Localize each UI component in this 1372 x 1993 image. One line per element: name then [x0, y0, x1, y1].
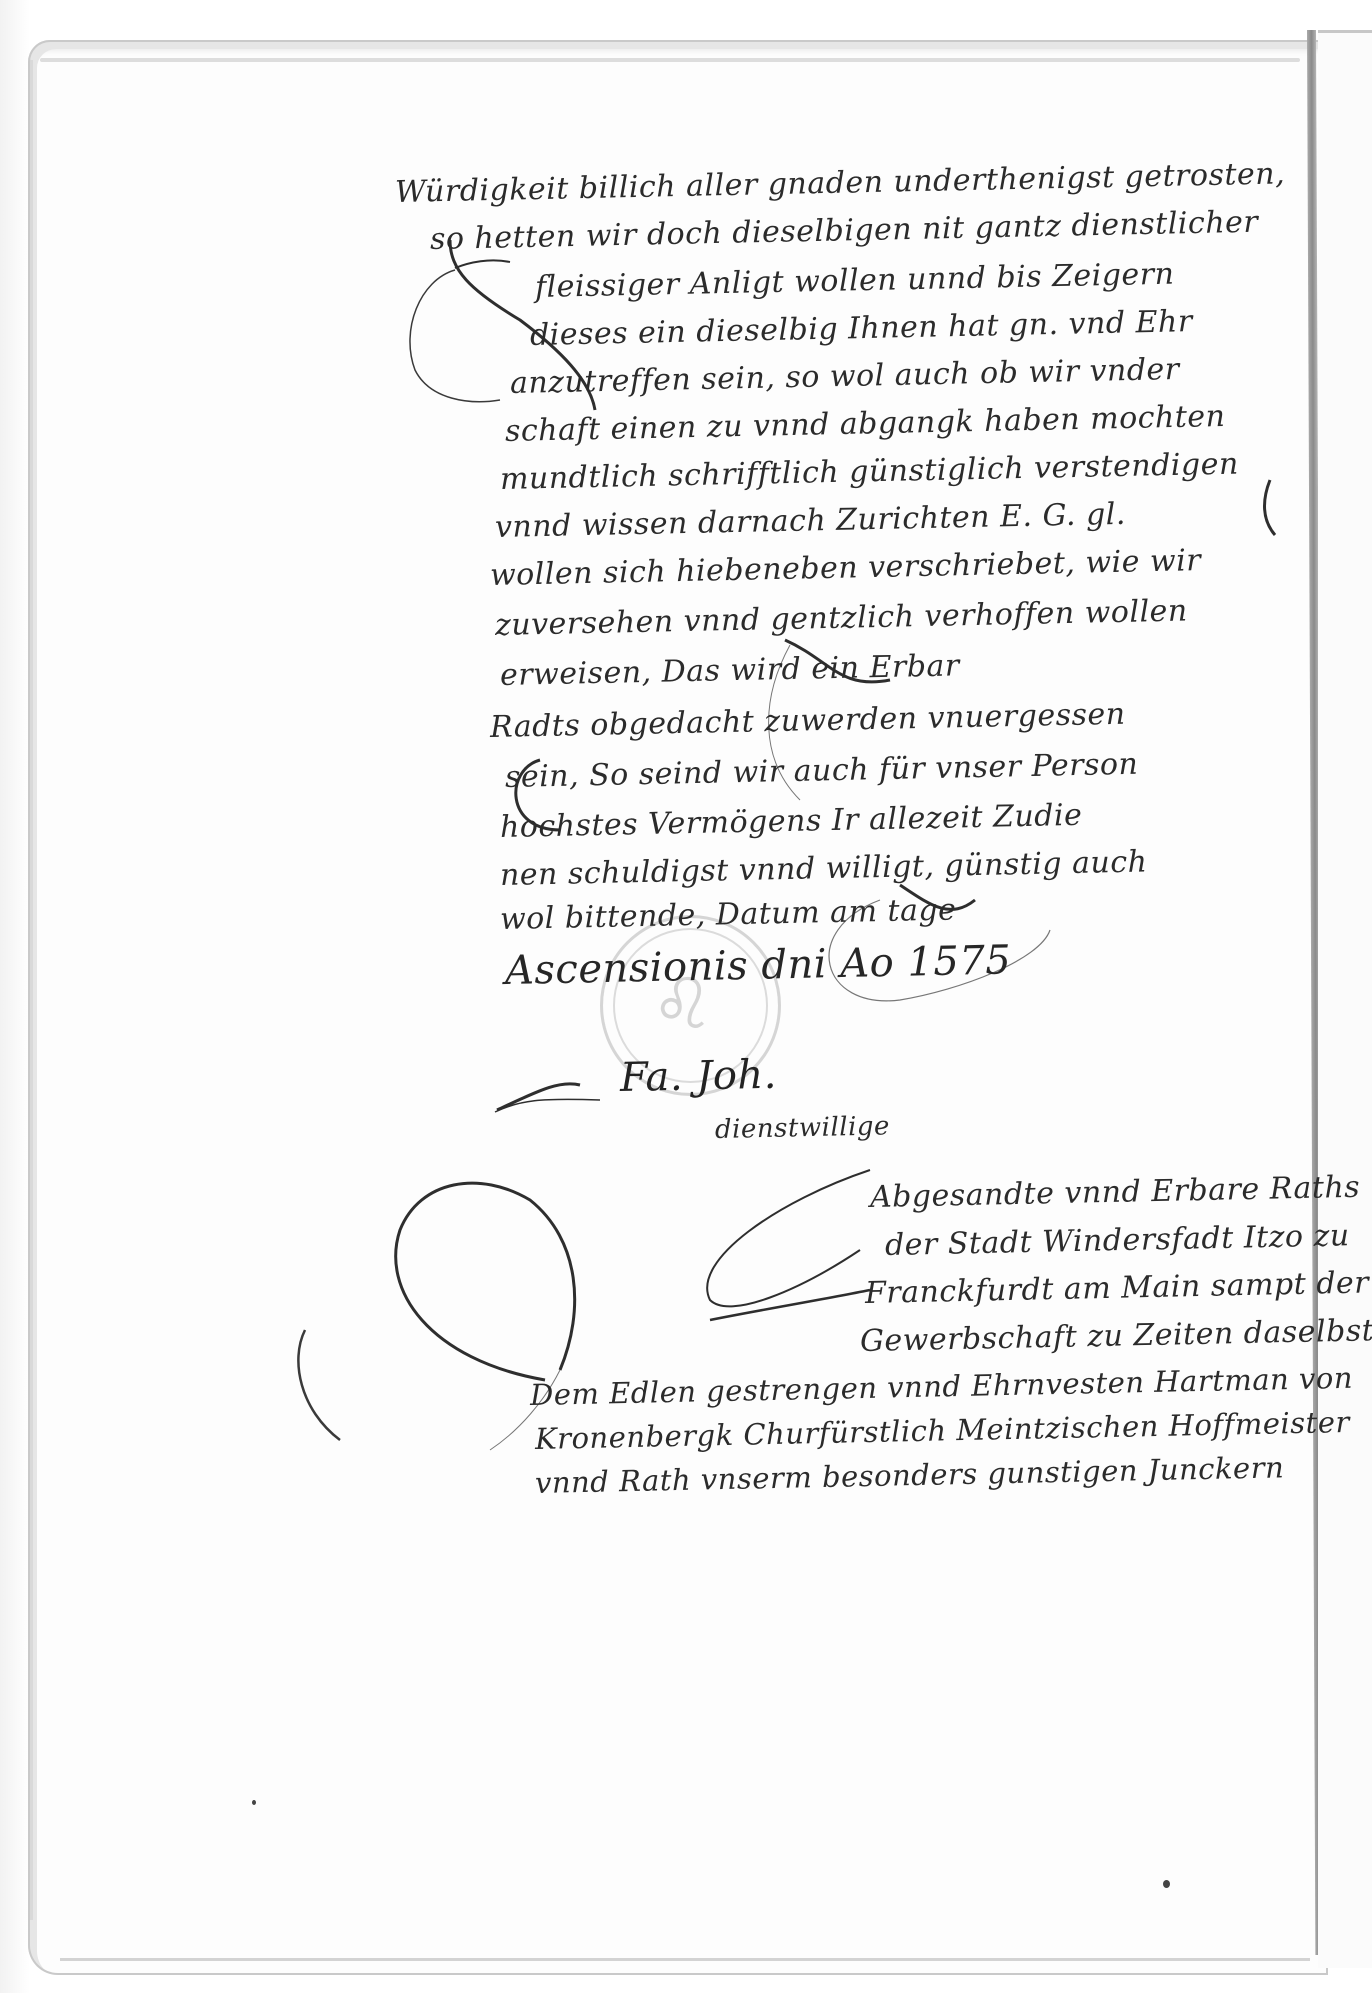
page-edge-left	[30, 60, 33, 1920]
ink-speck	[252, 1800, 256, 1805]
date-year: 1575	[907, 937, 1012, 985]
signature: Fa. Joh.	[620, 1052, 778, 1101]
facing-page	[1318, 30, 1372, 1968]
closing-phrase: dienstwillige	[715, 1111, 891, 1145]
page-edge-top	[40, 58, 1300, 62]
page-edge-bottom	[60, 1958, 1310, 1961]
ink-speck	[1163, 1880, 1170, 1888]
date-prefix: Ascensionis dni Ao	[505, 940, 895, 994]
